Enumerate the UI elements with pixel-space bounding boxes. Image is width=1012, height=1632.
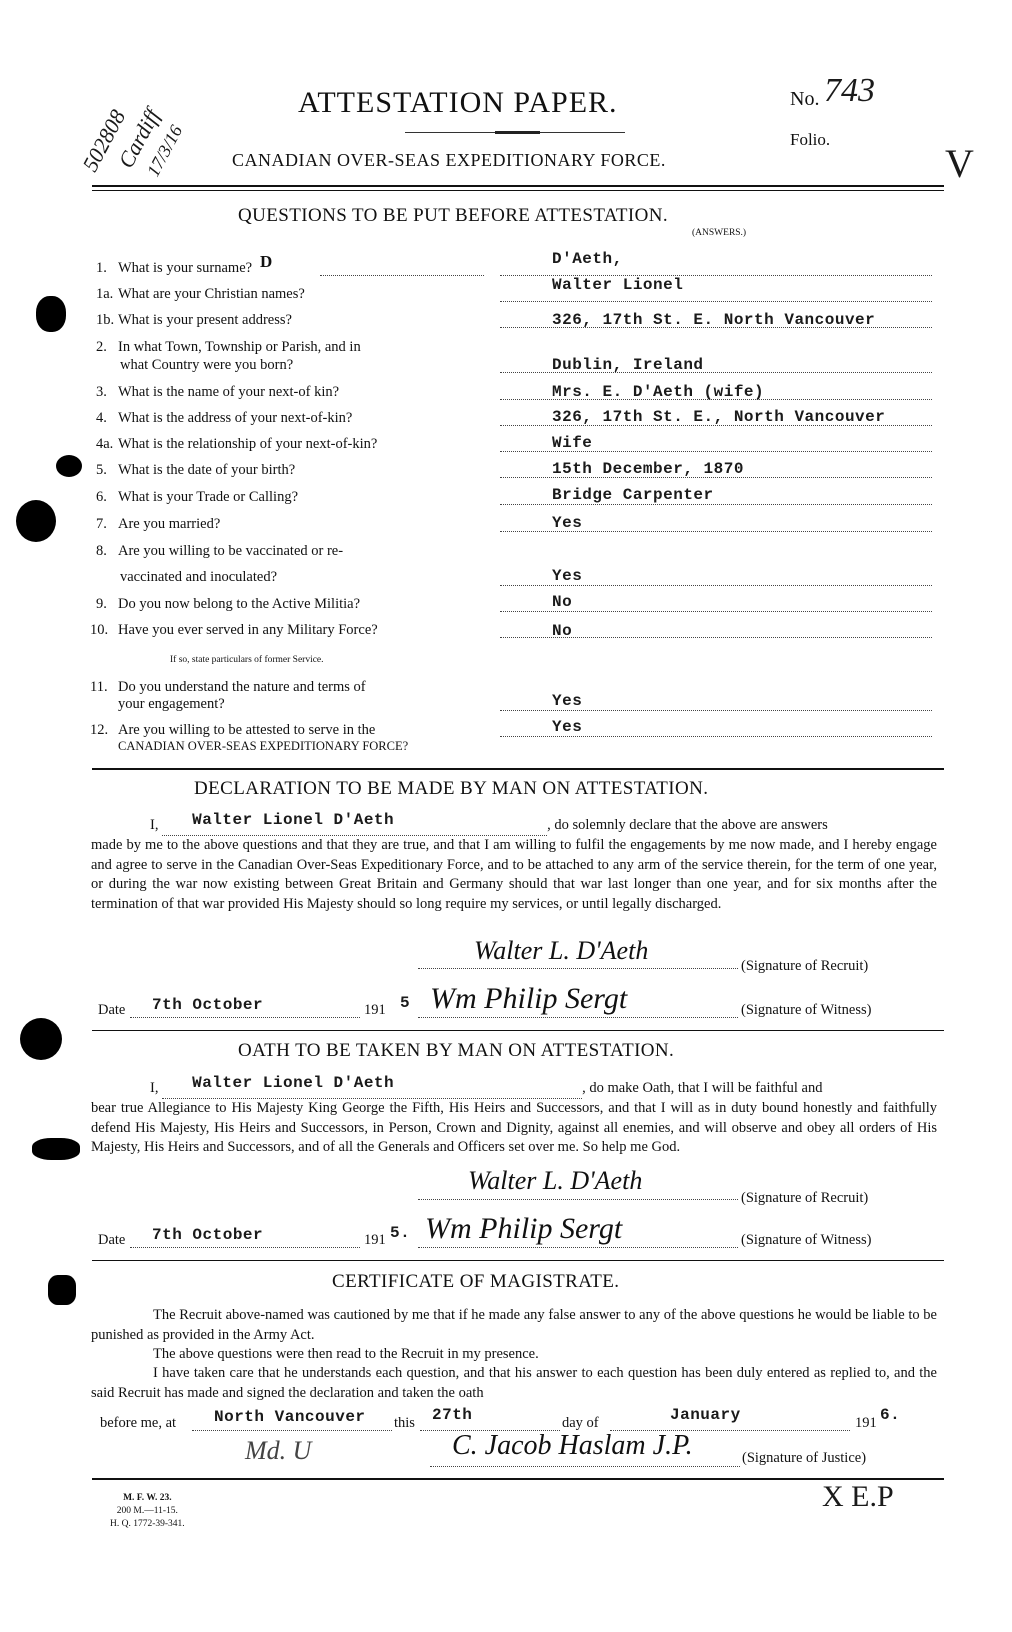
answer-line [500,710,932,711]
certificate-para-2: The above questions were then read to th… [91,1345,937,1365]
this-label: this [394,1415,415,1432]
witness-signature-line [418,1247,738,1248]
oath-first-line: I, Walter Lionel D'Aeth , do make Oath, … [150,1079,940,1099]
question-row: 10.Have you ever served in any Military … [90,622,378,639]
oath-heading: OATH TO BE TAKEN BY MAN ON ATTESTATION. [238,1040,674,1062]
punch-hole-blot [56,455,82,477]
form-code: M. F. W. 23. 200 M.—11-15. H. Q. 1772-39… [110,1492,185,1531]
question-row: 2.In what Town, Township or Parish, and … [96,339,361,356]
recruit-signature: Walter L. D'Aeth [468,1166,642,1196]
answer-line [320,275,484,276]
answer-surname: D'Aeth, [552,250,623,268]
date-label: Date [98,1002,125,1019]
answer-military-service: No [552,622,572,640]
section-rule [92,1260,944,1261]
recruit-signature: Walter L. D'Aeth [474,936,648,966]
question-row-cont: vaccinated and inoculated? [120,569,277,586]
year-prefix: 191 [364,1232,386,1249]
question-row-cont: your engagement? [118,696,225,713]
question-row: 12.Are you willing to be attested to ser… [90,722,375,739]
oath-taker-name: Walter Lionel D'Aeth [192,1074,394,1094]
answer-married: Yes [552,514,582,532]
before-me-label: before me, at [100,1415,176,1432]
question-row: 3.What is the name of your next-of kin? [96,384,339,401]
question-row: 8.Are you willing to be vaccinated or re… [96,543,343,560]
title-divider-center [495,131,540,134]
page-subtitle: CANADIAN OVER-SEAS EXPEDITIONARY FORCE. [232,150,666,171]
declaration-date: 7th October [152,996,263,1014]
recruit-signature-line [418,968,738,969]
declaration-first-line: I, Walter Lionel D'Aeth , do solemnly de… [150,816,940,836]
answer-militia: No [552,593,572,611]
header-rule [92,185,944,187]
recruit-signature-label: (Signature of Recruit) [741,958,868,975]
header-rule [92,190,944,191]
question-row-cont: CANADIAN OVER-SEAS EXPEDITIONARY FORCE? [118,739,408,754]
date-line [130,1017,360,1018]
answer-next-of-kin-address: 326, 17th St. E., North Vancouver [552,408,885,426]
answer-line [500,585,932,586]
recruit-signature-line [418,1199,738,1200]
oath-date: 7th October [152,1226,263,1244]
answer-birth-date: 15th December, 1870 [552,460,744,478]
certificate-para-3: I have taken care that he understands ea… [91,1364,937,1403]
question-row: 5.What is the date of your birth? [96,462,295,479]
number-label: No. [790,88,819,111]
question-row: 1a.What are your Christian names? [96,286,305,303]
magistrate-initials: Md. U [245,1436,311,1466]
punch-hole-blot [20,1018,62,1060]
recruit-signature-label: (Signature of Recruit) [741,1190,868,1207]
questions-heading: QUESTIONS TO BE PUT BEFORE ATTESTATION. [238,205,668,227]
declaration-heading: DECLARATION TO BE MADE BY MAN ON ATTESTA… [194,778,708,800]
punch-hole-blot [32,1138,80,1160]
certificate-heading: CERTIFICATE OF MAGISTRATE. [332,1271,619,1293]
witness-signature-label: (Signature of Witness) [741,1002,871,1019]
answer-line [500,504,932,505]
certificate-month: January [670,1406,741,1424]
answers-label: (ANSWERS.) [692,228,746,238]
question-row: 7.Are you married? [96,516,220,533]
year-suffix: 5. [390,1224,410,1242]
page-title: ATTESTATION PAPER. [298,86,618,120]
declarant-name: Walter Lionel D'Aeth [192,811,394,831]
witness-signature: Wm Philip Sergt [430,982,627,1016]
year-prefix: 191 [855,1415,877,1432]
question-row: 4a.What is the relationship of your next… [96,436,377,453]
question-row: 11.Do you understand the nature and term… [90,679,366,696]
punch-hole-blot [16,500,56,542]
answer-relationship: Wife [552,434,592,452]
answer-line [500,736,932,737]
question-row: 4.What is the address of your next-of-ki… [96,410,352,427]
oath-body: bear true Allegiance to His Majesty King… [91,1099,937,1158]
answer-present-address: 326, 17th St. E. North Vancouver [552,311,875,329]
question-note: If so, state particulars of former Servi… [170,655,324,665]
certificate-para-1: The Recruit above-named was cautioned by… [91,1306,937,1345]
witness-signature: Wm Philip Sergt [425,1212,622,1246]
answer-birthplace: Dublin, Ireland [552,356,704,374]
footer-mark: X E.P [822,1480,894,1514]
answer-trade: Bridge Carpenter [552,486,714,504]
answer-vaccinated: Yes [552,567,582,585]
place-line [192,1430,392,1431]
justice-signature: C. Jacob Haslam J.P. [452,1430,693,1462]
answer-understand-terms: Yes [552,692,582,710]
year-prefix: 191 [364,1002,386,1019]
declaration-body: made by me to the above questions and th… [91,836,937,914]
witness-signature-line [418,1017,738,1018]
section-rule [92,768,944,770]
punch-hole-blot [36,296,66,332]
folio-label: Folio. [790,130,830,150]
question-row: 9.Do you now belong to the Active Militi… [96,596,360,613]
answer-christian-names: Walter Lionel [552,276,683,294]
punch-hole-blot [48,1275,76,1305]
certificate-place: North Vancouver [214,1408,366,1426]
justice-signature-line [430,1466,740,1467]
answer-line [500,301,932,302]
check-mark: V [945,140,974,187]
question-row-cont: what Country were you born? [120,357,293,374]
year-suffix: 5 [400,994,410,1012]
witness-signature-label: (Signature of Witness) [741,1232,871,1249]
certificate-day: 27th [432,1406,472,1424]
year-suffix: 6. [880,1406,900,1424]
number-value: 743 [824,72,875,110]
answer-next-of-kin: Mrs. E. D'Aeth (wife) [552,383,764,401]
answer-willing-to-serve: Yes [552,718,582,736]
question-row: 6.What is your Trade or Calling? [96,489,298,506]
question-row: 1b.What is your present address? [96,312,292,329]
footer-rule [92,1478,944,1480]
answer-line [500,611,932,612]
date-label: Date [98,1232,125,1249]
date-line [130,1247,360,1248]
justice-signature-label: (Signature of Justice) [742,1450,866,1467]
section-rule [92,1030,944,1031]
